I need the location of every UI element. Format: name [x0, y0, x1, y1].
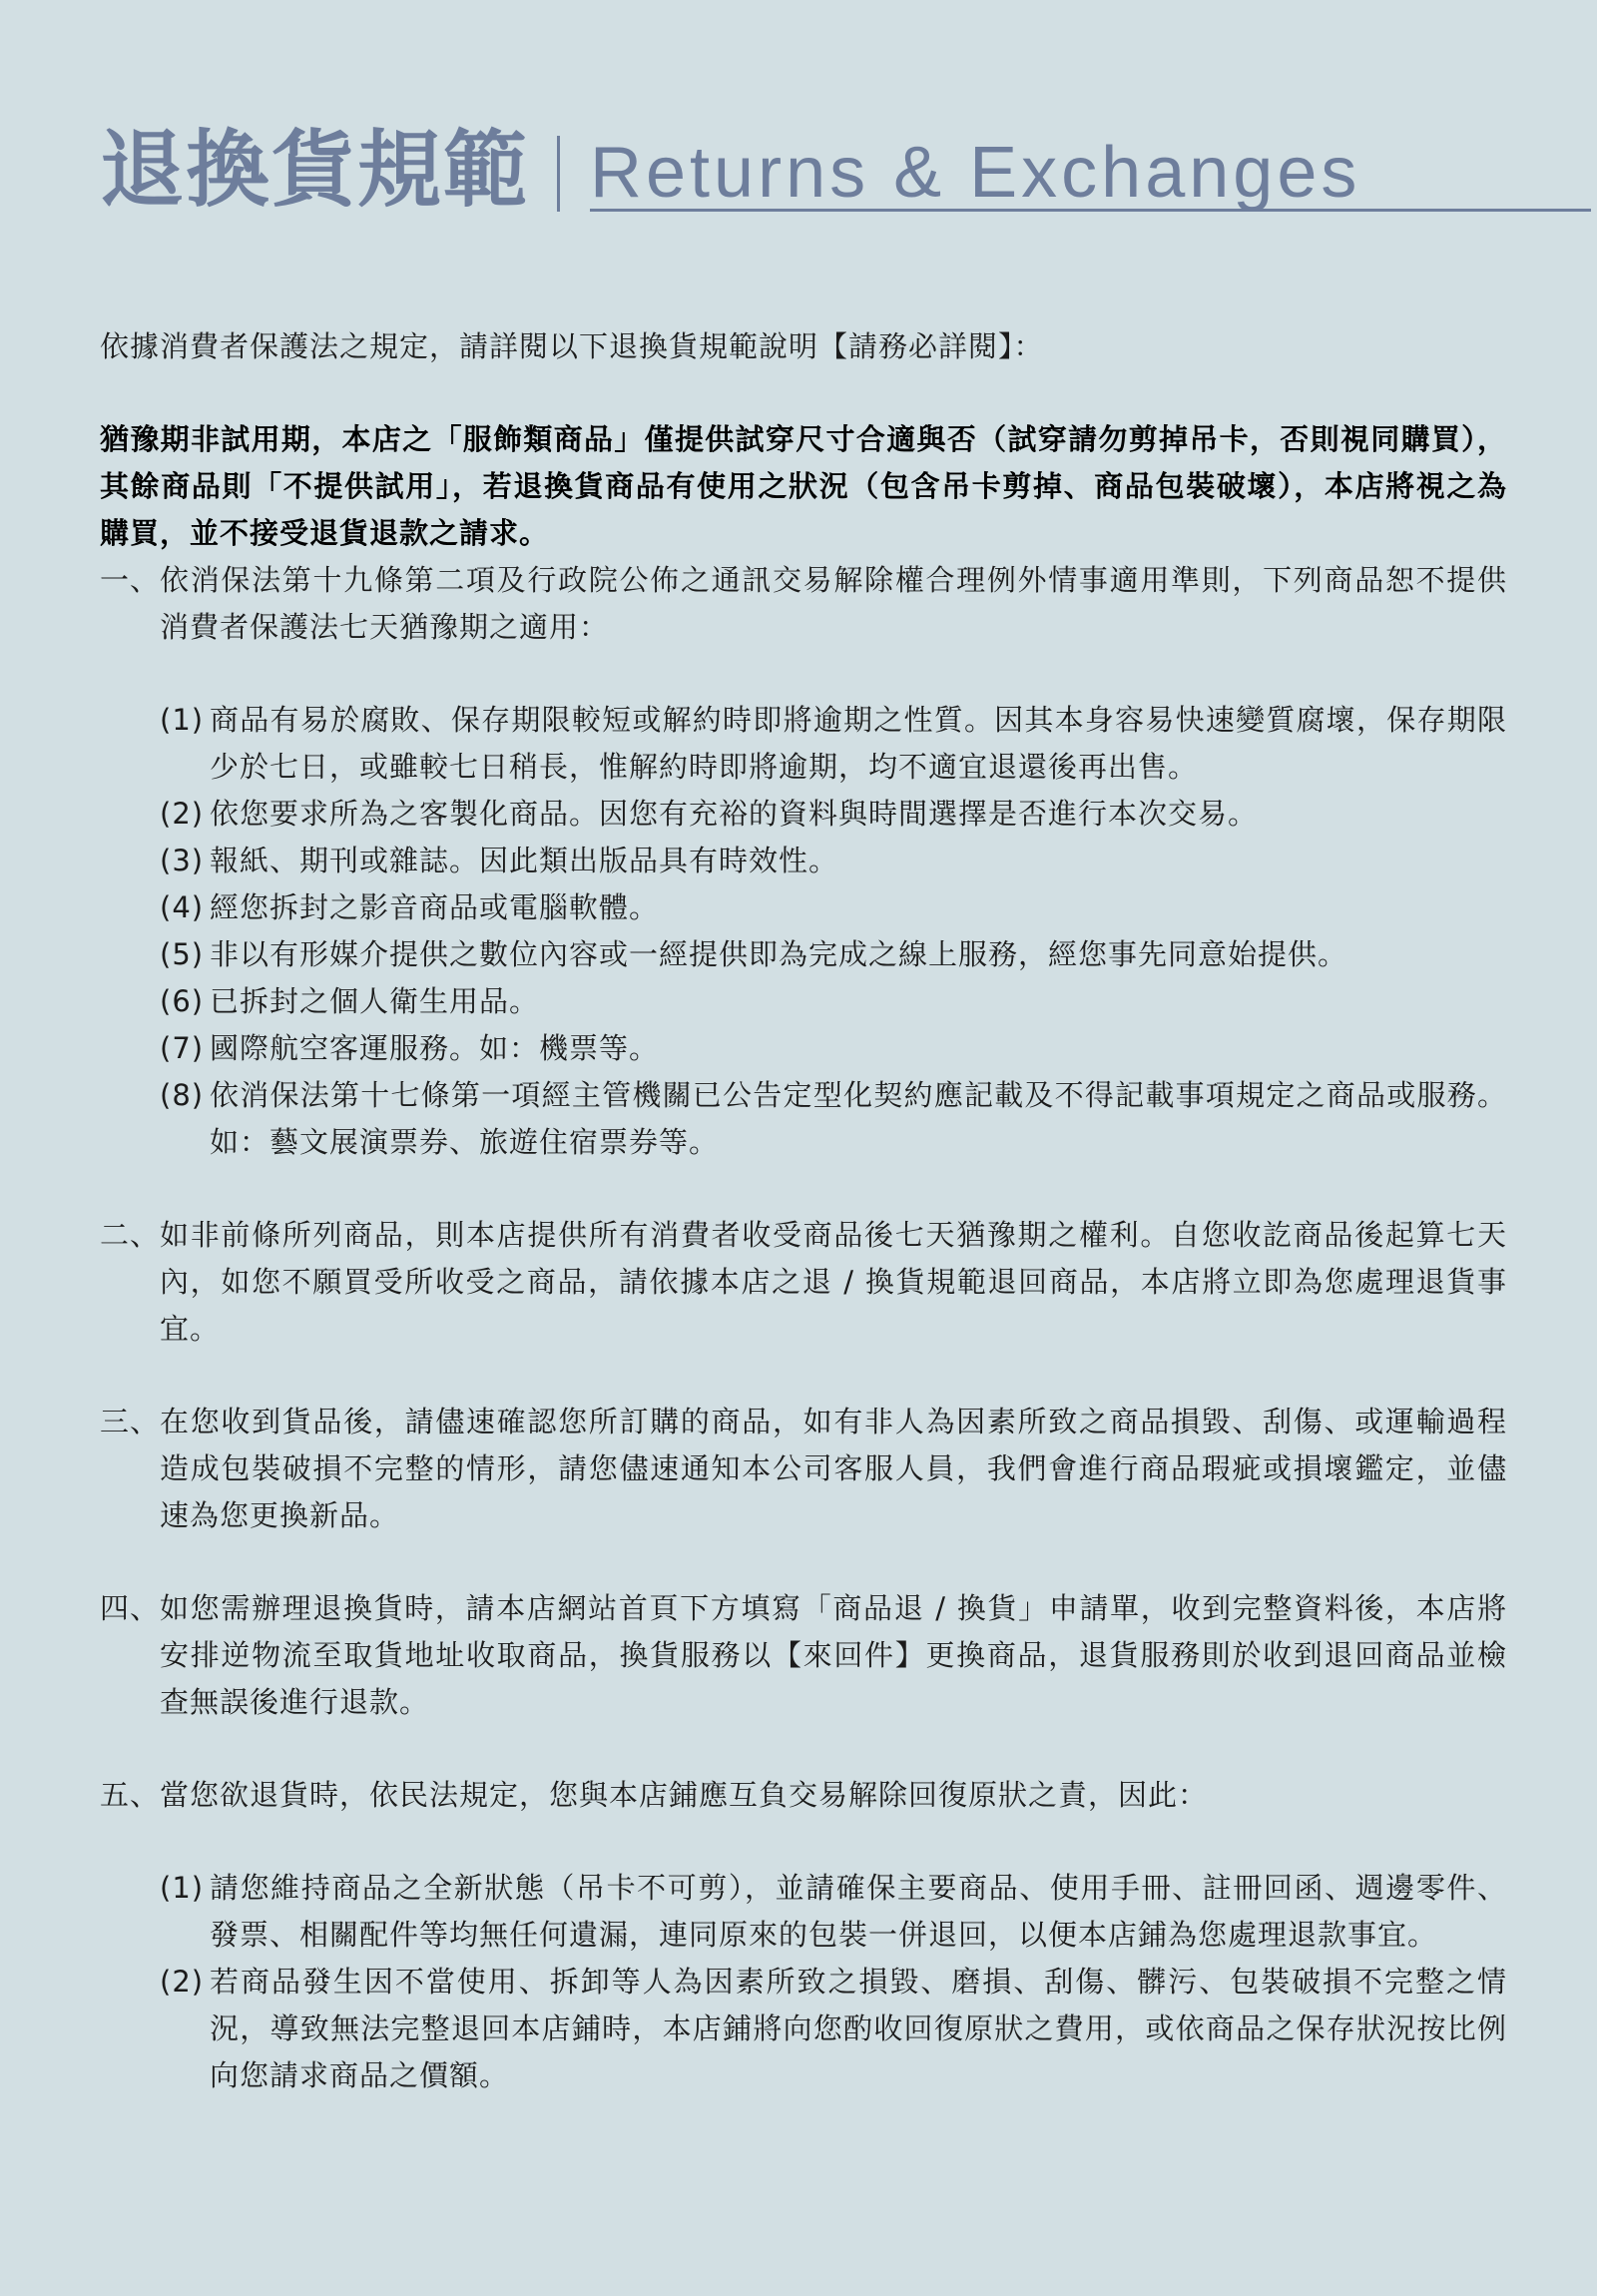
policy-sections: 一、依消保法第十九條第二項及行政院公佈之通訊交易解除權合理例外情事適用準則，下列…: [100, 557, 1507, 2099]
policy-subitem-list: (1)商品有易於腐敗、保存期限較短或解約時即將逾期之性質。因其本身容易快速變質腐…: [160, 697, 1507, 1166]
policy-subitem-number: (6): [160, 978, 210, 1025]
policy-subitem-text: 若商品發生因不當使用、拆卸等人為因素所致之損毀、磨損、刮傷、髒污、包裝破損不完整…: [210, 1959, 1507, 2099]
policy-item-number: 四、: [100, 1585, 160, 1726]
policy-subitem-number: (5): [160, 931, 210, 978]
policy-item-text: 在您收到貨品後，請儘速確認您所訂購的商品，如有非人為因素所致之商品損毀、刮傷、或…: [160, 1399, 1507, 1539]
policy-item-text: 如您需辦理退換貨時，請本店網站首頁下方填寫「商品退 / 換貨」申請單，收到完整資…: [160, 1585, 1507, 1726]
policy-item: 三、在您收到貨品後，請儘速確認您所訂購的商品，如有非人為因素所致之商品損毀、刮傷…: [100, 1399, 1507, 1539]
policy-subitem: (3)報紙、期刊或雜誌。因此類出版品具有時效性。: [160, 838, 1507, 884]
policy-subitem: (1)請您維持商品之全新狀態（吊卡不可剪），並請確保主要商品、使用手冊、註冊回函…: [160, 1865, 1507, 1959]
policy-subitem-number: (2): [160, 791, 210, 838]
policy-item: 五、當您欲退貨時，依民法規定，您與本店鋪應互負交易解除回復原狀之責，因此：: [100, 1772, 1507, 1819]
intro-paragraph: 依據消費者保護法之規定，請詳閱以下退換貨規範說明【請務必詳閱】：: [100, 323, 1507, 370]
policy-subitem-text: 已拆封之個人衛生用品。: [210, 978, 1507, 1025]
policy-subitem-number: (4): [160, 884, 210, 931]
policy-subitem: (8)依消保法第十七條第一項經主管機關已公告定型化契約應記載及不得記載事項規定之…: [160, 1072, 1507, 1166]
policy-subitem-text: 經您拆封之影音商品或電腦軟體。: [210, 884, 1507, 931]
policy-item: 一、依消保法第十九條第二項及行政院公佈之通訊交易解除權合理例外情事適用準則，下列…: [100, 557, 1507, 651]
policy-subitem-number: (8): [160, 1072, 210, 1166]
policy-subitem: (4)經您拆封之影音商品或電腦軟體。: [160, 884, 1507, 931]
page-header: 退換貨規範 Returns & Exchanges: [0, 0, 1597, 212]
returns-policy-page: 退換貨規範 Returns & Exchanges 依據消費者保護法之規定，請詳…: [0, 0, 1597, 2296]
policy-subitem-number: (7): [160, 1025, 210, 1072]
policy-item-text: 當您欲退貨時，依民法規定，您與本店鋪應互負交易解除回復原狀之責，因此：: [160, 1772, 1507, 1819]
policy-item-text: 如非前條所列商品，則本店提供所有消費者收受商品後七天猶豫期之權利。自您收訖商品後…: [160, 1212, 1507, 1353]
policy-item-text: 依消保法第十九條第二項及行政院公佈之通訊交易解除權合理例外情事適用準則，下列商品…: [160, 557, 1507, 651]
policy-body: 依據消費者保護法之規定，請詳閱以下退換貨規範說明【請務必詳閱】： 猶豫期非試用期…: [0, 212, 1597, 2099]
policy-subitem-text: 報紙、期刊或雜誌。因此類出版品具有時效性。: [210, 838, 1507, 884]
policy-subitem-number: (1): [160, 697, 210, 791]
policy-subitem: (1)商品有易於腐敗、保存期限較短或解約時即將逾期之性質。因其本身容易快速變質腐…: [160, 697, 1507, 791]
policy-item-number: 三、: [100, 1399, 160, 1539]
policy-subitem: (6)已拆封之個人衛生用品。: [160, 978, 1507, 1025]
policy-item: 四、如您需辦理退換貨時，請本店網站首頁下方填寫「商品退 / 換貨」申請單，收到完…: [100, 1585, 1507, 1726]
page-title-zh: 退換貨規範: [100, 128, 529, 212]
policy-subitem: (2)依您要求所為之客製化商品。因您有充裕的資料與時間選擇是否進行本次交易。: [160, 791, 1507, 838]
policy-subitem-text: 請您維持商品之全新狀態（吊卡不可剪），並請確保主要商品、使用手冊、註冊回函、週邊…: [210, 1865, 1507, 1959]
page-title-en: Returns & Exchanges: [590, 133, 1360, 213]
notice-paragraph: 猶豫期非試用期，本店之「服飾類商品」僅提供試穿尺寸合適與否（試穿請勿剪掉吊卡，否…: [100, 416, 1507, 557]
policy-subitem-text: 依您要求所為之客製化商品。因您有充裕的資料與時間選擇是否進行本次交易。: [210, 791, 1507, 838]
policy-subitem-text: 依消保法第十七條第一項經主管機關已公告定型化契約應記載及不得記載事項規定之商品或…: [210, 1072, 1507, 1166]
page-title-underline: Returns & Exchanges: [590, 138, 1591, 212]
policy-subitem: (2)若商品發生因不當使用、拆卸等人為因素所致之損毀、磨損、刮傷、髒污、包裝破損…: [160, 1959, 1507, 2099]
policy-subitem-text: 非以有形媒介提供之數位內容或一經提供即為完成之線上服務，經您事先同意始提供。: [210, 931, 1507, 978]
policy-item-number: 一、: [100, 557, 160, 651]
policy-subitem: (7)國際航空客運服務。如：機票等。: [160, 1025, 1507, 1072]
policy-item: 二、如非前條所列商品，則本店提供所有消費者收受商品後七天猶豫期之權利。自您收訖商…: [100, 1212, 1507, 1353]
policy-item-number: 五、: [100, 1772, 160, 1819]
policy-subitem-number: (3): [160, 838, 210, 884]
policy-subitem-text: 國際航空客運服務。如：機票等。: [210, 1025, 1507, 1072]
policy-subitem-number: (1): [160, 1865, 210, 1959]
policy-item-number: 二、: [100, 1212, 160, 1353]
policy-subitem: (5)非以有形媒介提供之數位內容或一經提供即為完成之線上服務，經您事先同意始提供…: [160, 931, 1507, 978]
policy-subitem-number: (2): [160, 1959, 210, 2099]
policy-subitem-list: (1)請您維持商品之全新狀態（吊卡不可剪），並請確保主要商品、使用手冊、註冊回函…: [160, 1865, 1507, 2099]
title-divider-line: [557, 136, 560, 212]
policy-subitem-text: 商品有易於腐敗、保存期限較短或解約時即將逾期之性質。因其本身容易快速變質腐壞，保…: [210, 697, 1507, 791]
